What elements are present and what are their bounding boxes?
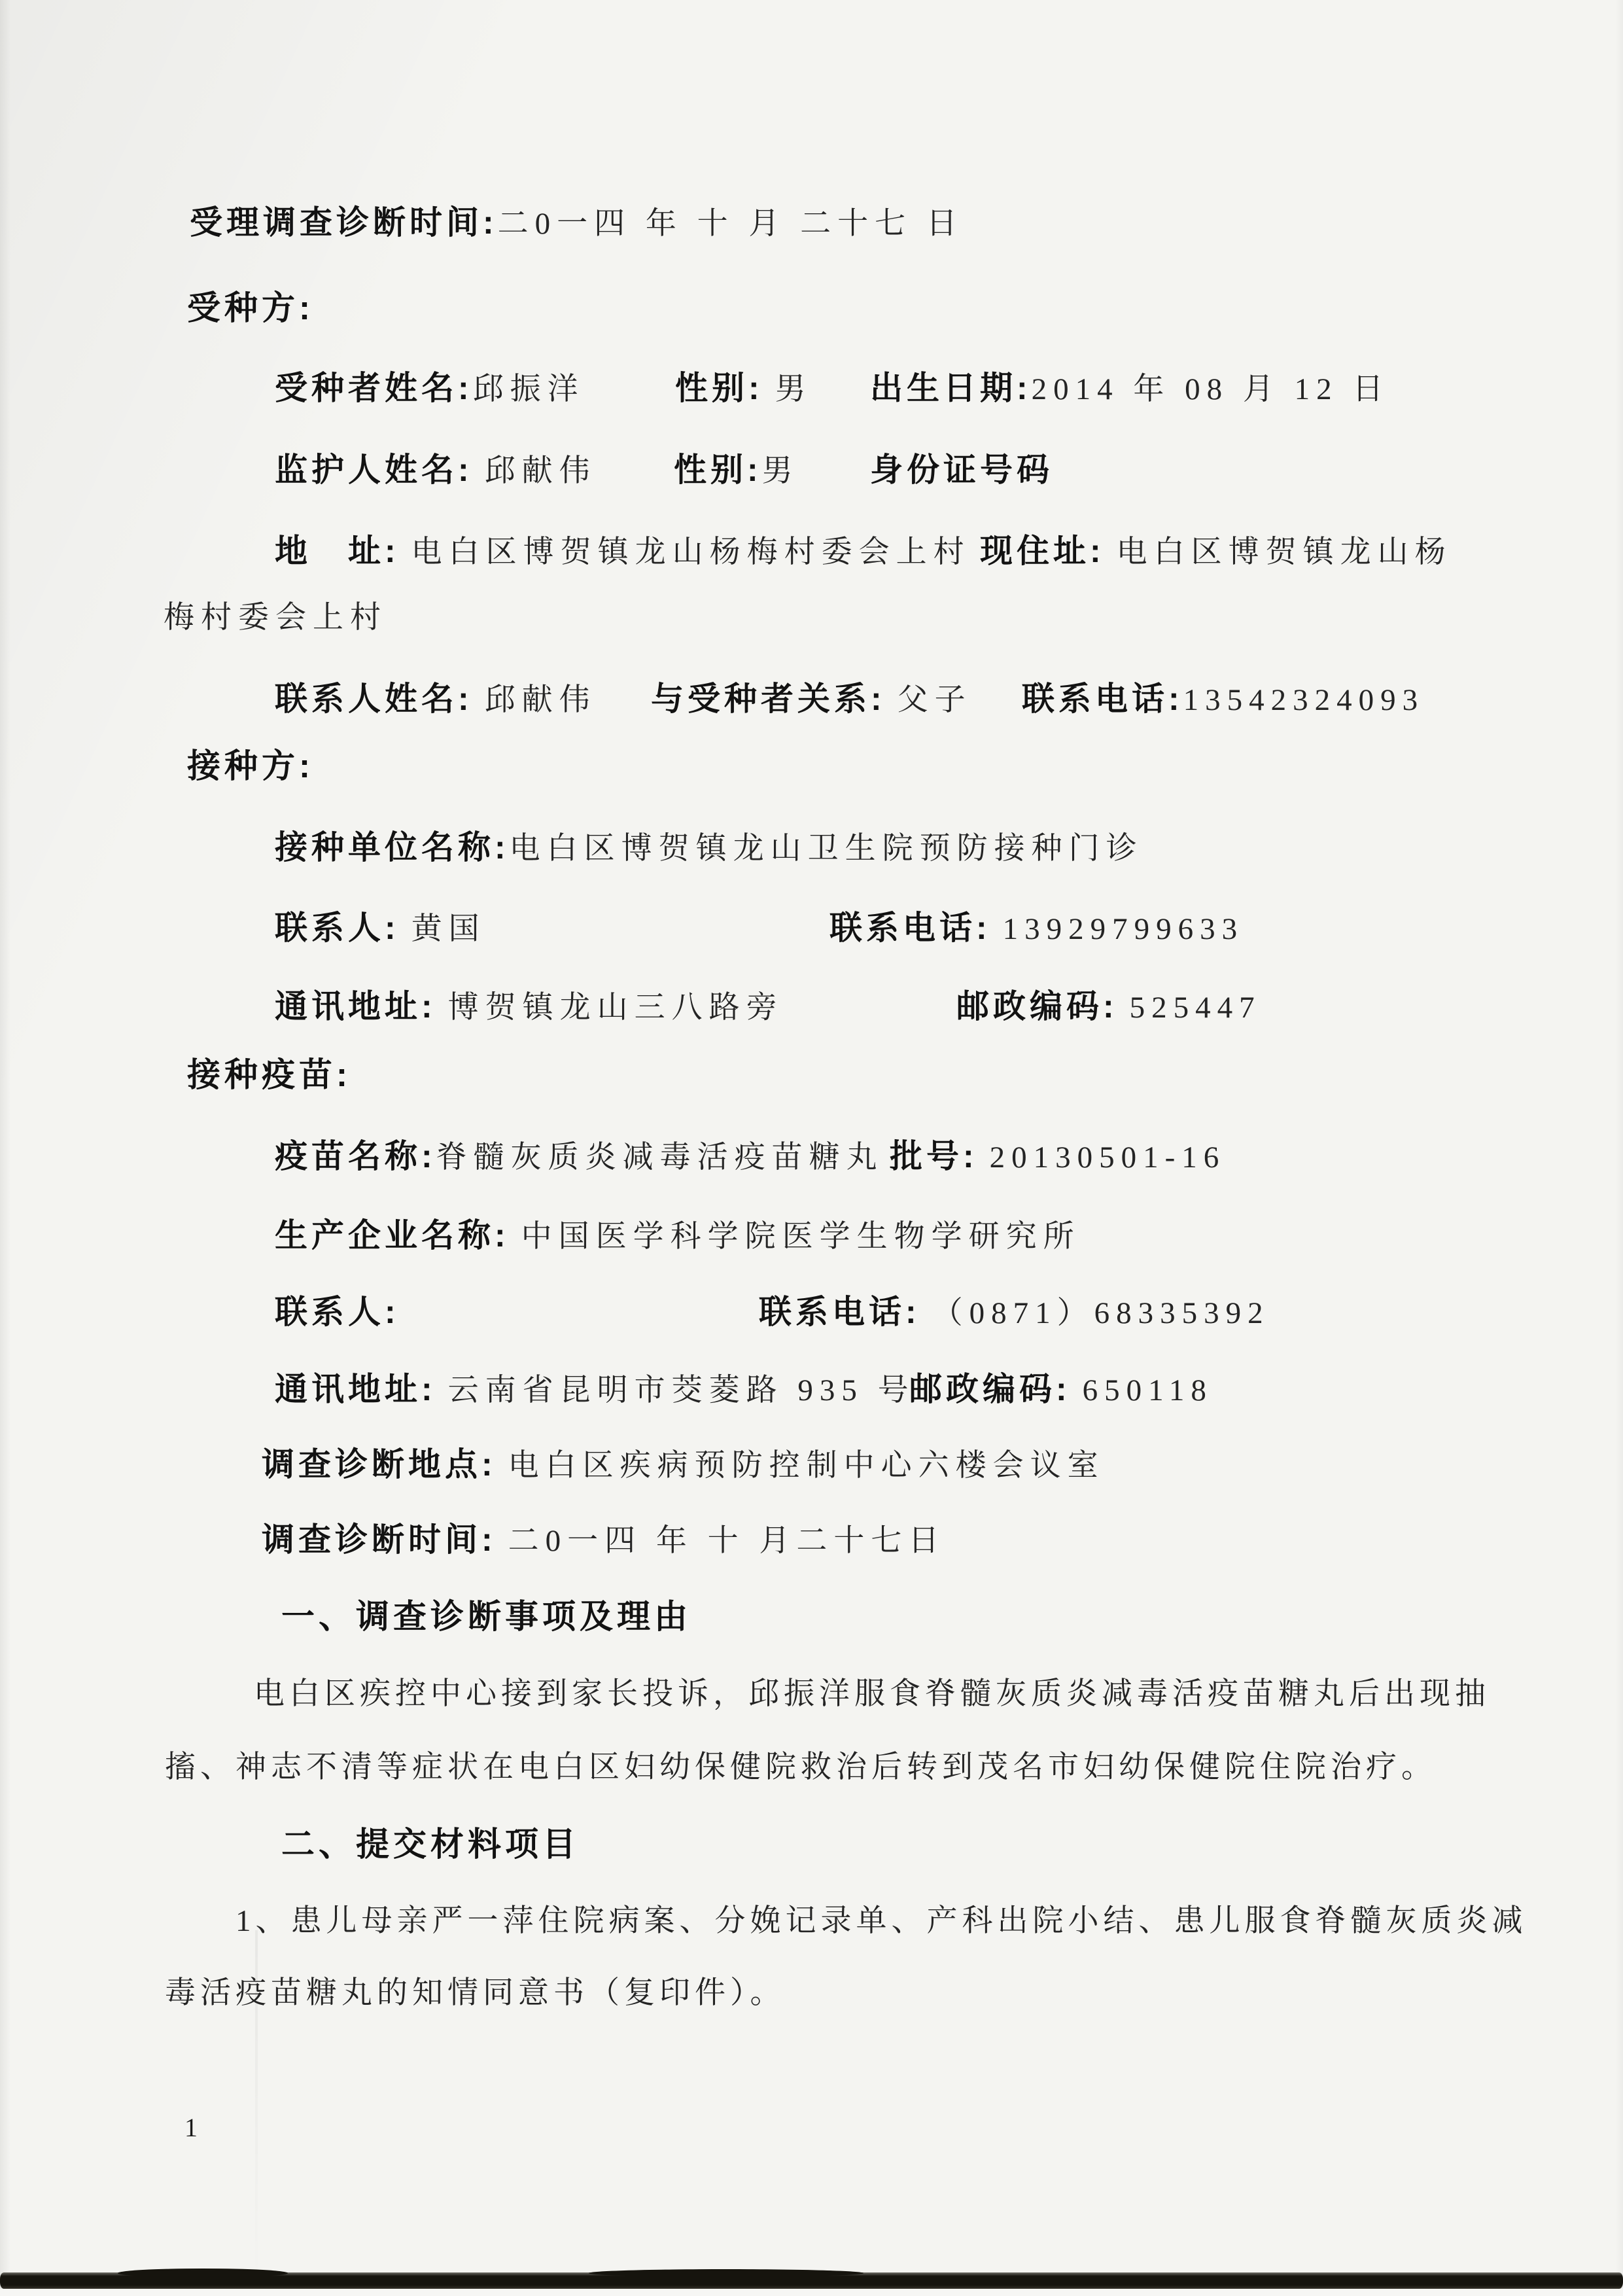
vaccinator-phone-value: 13929799633 [1003,912,1244,946]
recipient-name-value: 邱振洋 [473,372,585,406]
investigation-time-label: 调查诊断时间: [262,1521,497,1558]
vaccinator-contact-label: 联系人: [275,910,400,946]
current-address-continuation: 梅村委会上村 [164,601,387,635]
section-two-item1-line2: 毒活疫苗糖丸的知情同意书（复印件）。 [165,1976,786,2010]
intake-time-label: 受理调查诊断时间: [190,204,498,241]
recipient-contact-label: 联系人姓名: [275,680,473,717]
intake-time-value: 二0一四 年 十 月 二十七 日 [498,207,964,241]
manufacturer-zip-value: 650118 [1083,1373,1213,1407]
recipient-phone-label: 联系电话: [1022,680,1183,717]
section-one-title: 一、调查诊断事项及理由 [281,1598,691,1635]
vaccination-unit-label: 接种单位名称: [275,829,510,866]
id-number-label: 身份证号码 [870,451,1053,488]
recipient-birth-label: 出生日期: [870,370,1032,406]
investigation-time-value: 二0一四 年 十 月二十七日 [508,1524,946,1558]
vaccinator-phone-label: 联系电话: [829,910,991,946]
page-number: 1 [184,2112,198,2143]
recipient-gender-label: 性别: [675,370,763,406]
page-bottom-edge [0,2272,1623,2289]
guardian-name-label: 监护人姓名: [275,451,473,488]
batch-label: 批号: [890,1138,978,1174]
vaccinator-mail-label: 通讯地址: [275,988,436,1025]
vaccine-name-value: 脊髓灰质炎减毒活疫苗糖丸 [436,1140,884,1174]
recipient-phone-value: 13542324093 [1183,683,1425,717]
scanner-background [0,2289,1623,2296]
section-two-title: 二、提交材料项目 [281,1826,580,1863]
manufacturer-phone-label: 联系电话: [759,1294,920,1330]
recipient-section-title: 受种方: [187,289,314,327]
current-address-label: 现住址: [980,533,1105,569]
manufacturer-value: 中国医学科学院医学生物学研究所 [521,1220,1081,1254]
section-one-paragraph-line1: 电白区疾控中心接到家长投诉，邱振洋服食脊髓灰质炎减毒活疫苗糖丸后出现抽 [254,1677,1490,1711]
vaccine-name-label: 疫苗名称: [275,1138,436,1174]
relation-label: 与受种者关系: [651,680,886,717]
recipient-name-label: 受种者姓名: [275,370,473,406]
vaccinator-mail-value: 博贺镇龙山三八路旁 [448,991,784,1025]
recipient-gender-value: 男 [775,372,812,406]
recipient-birth-value: 2014 年 08 月 12 日 [1032,372,1390,406]
recipient-contact-value: 邱献伟 [485,683,597,717]
vaccinator-contact-value: 黄国 [411,912,486,946]
manufacturer-zip-label: 邮政编码: [909,1371,1071,1407]
investigation-place-value: 电白区疾病预防控制中心六楼会议室 [508,1449,1105,1483]
vaccinator-section-title: 接种方: [187,747,314,785]
guardian-gender-value: 男 [762,454,799,488]
manufacturer-phone-value: （0871）68335392 [932,1296,1270,1330]
section-one-paragraph-line2: 搐、神志不清等症状在电白区妇幼保健院救治后转到茂名市妇幼保健院住院治疗。 [165,1750,1437,1784]
manufacturer-mail-label: 通讯地址: [275,1371,436,1407]
vaccination-unit-value: 电白区博贺镇龙山卫生院预防接种门诊 [510,832,1143,866]
guardian-name-value: 邱献伟 [485,454,597,488]
address-label: 地 址: [275,533,400,569]
vaccine-section-title: 接种疫苗: [187,1056,351,1093]
address-value: 电白区博贺镇龙山杨梅村委会上村 [411,535,971,569]
vaccinator-zip-value: 525447 [1130,991,1261,1025]
investigation-place-label: 调查诊断地点: [262,1446,497,1483]
guardian-gender-label: 性别: [674,451,762,488]
scanned-document-page: 受理调查诊断时间:二0一四 年 十 月 二十七 日 受种方: 受种者姓名:邱振洋… [0,0,1623,2296]
manufacturer-label: 生产企业名称: [275,1217,510,1254]
manufacturer-contact-label: 联系人: [275,1294,400,1330]
section-two-item1-line1: 1、患儿母亲严一萍住院病案、分娩记录单、产科出院小结、患儿服食脊髓灰质炎减 [236,1904,1527,1938]
current-address-value: 电白区博贺镇龙山杨 [1117,535,1452,569]
vaccinator-zip-label: 邮政编码: [956,988,1118,1025]
manufacturer-mail-value: 云南省昆明市茭菱路 935 号 [448,1373,915,1407]
batch-value: 20130501-16 [990,1140,1226,1174]
relation-value: 父子 [898,683,972,717]
